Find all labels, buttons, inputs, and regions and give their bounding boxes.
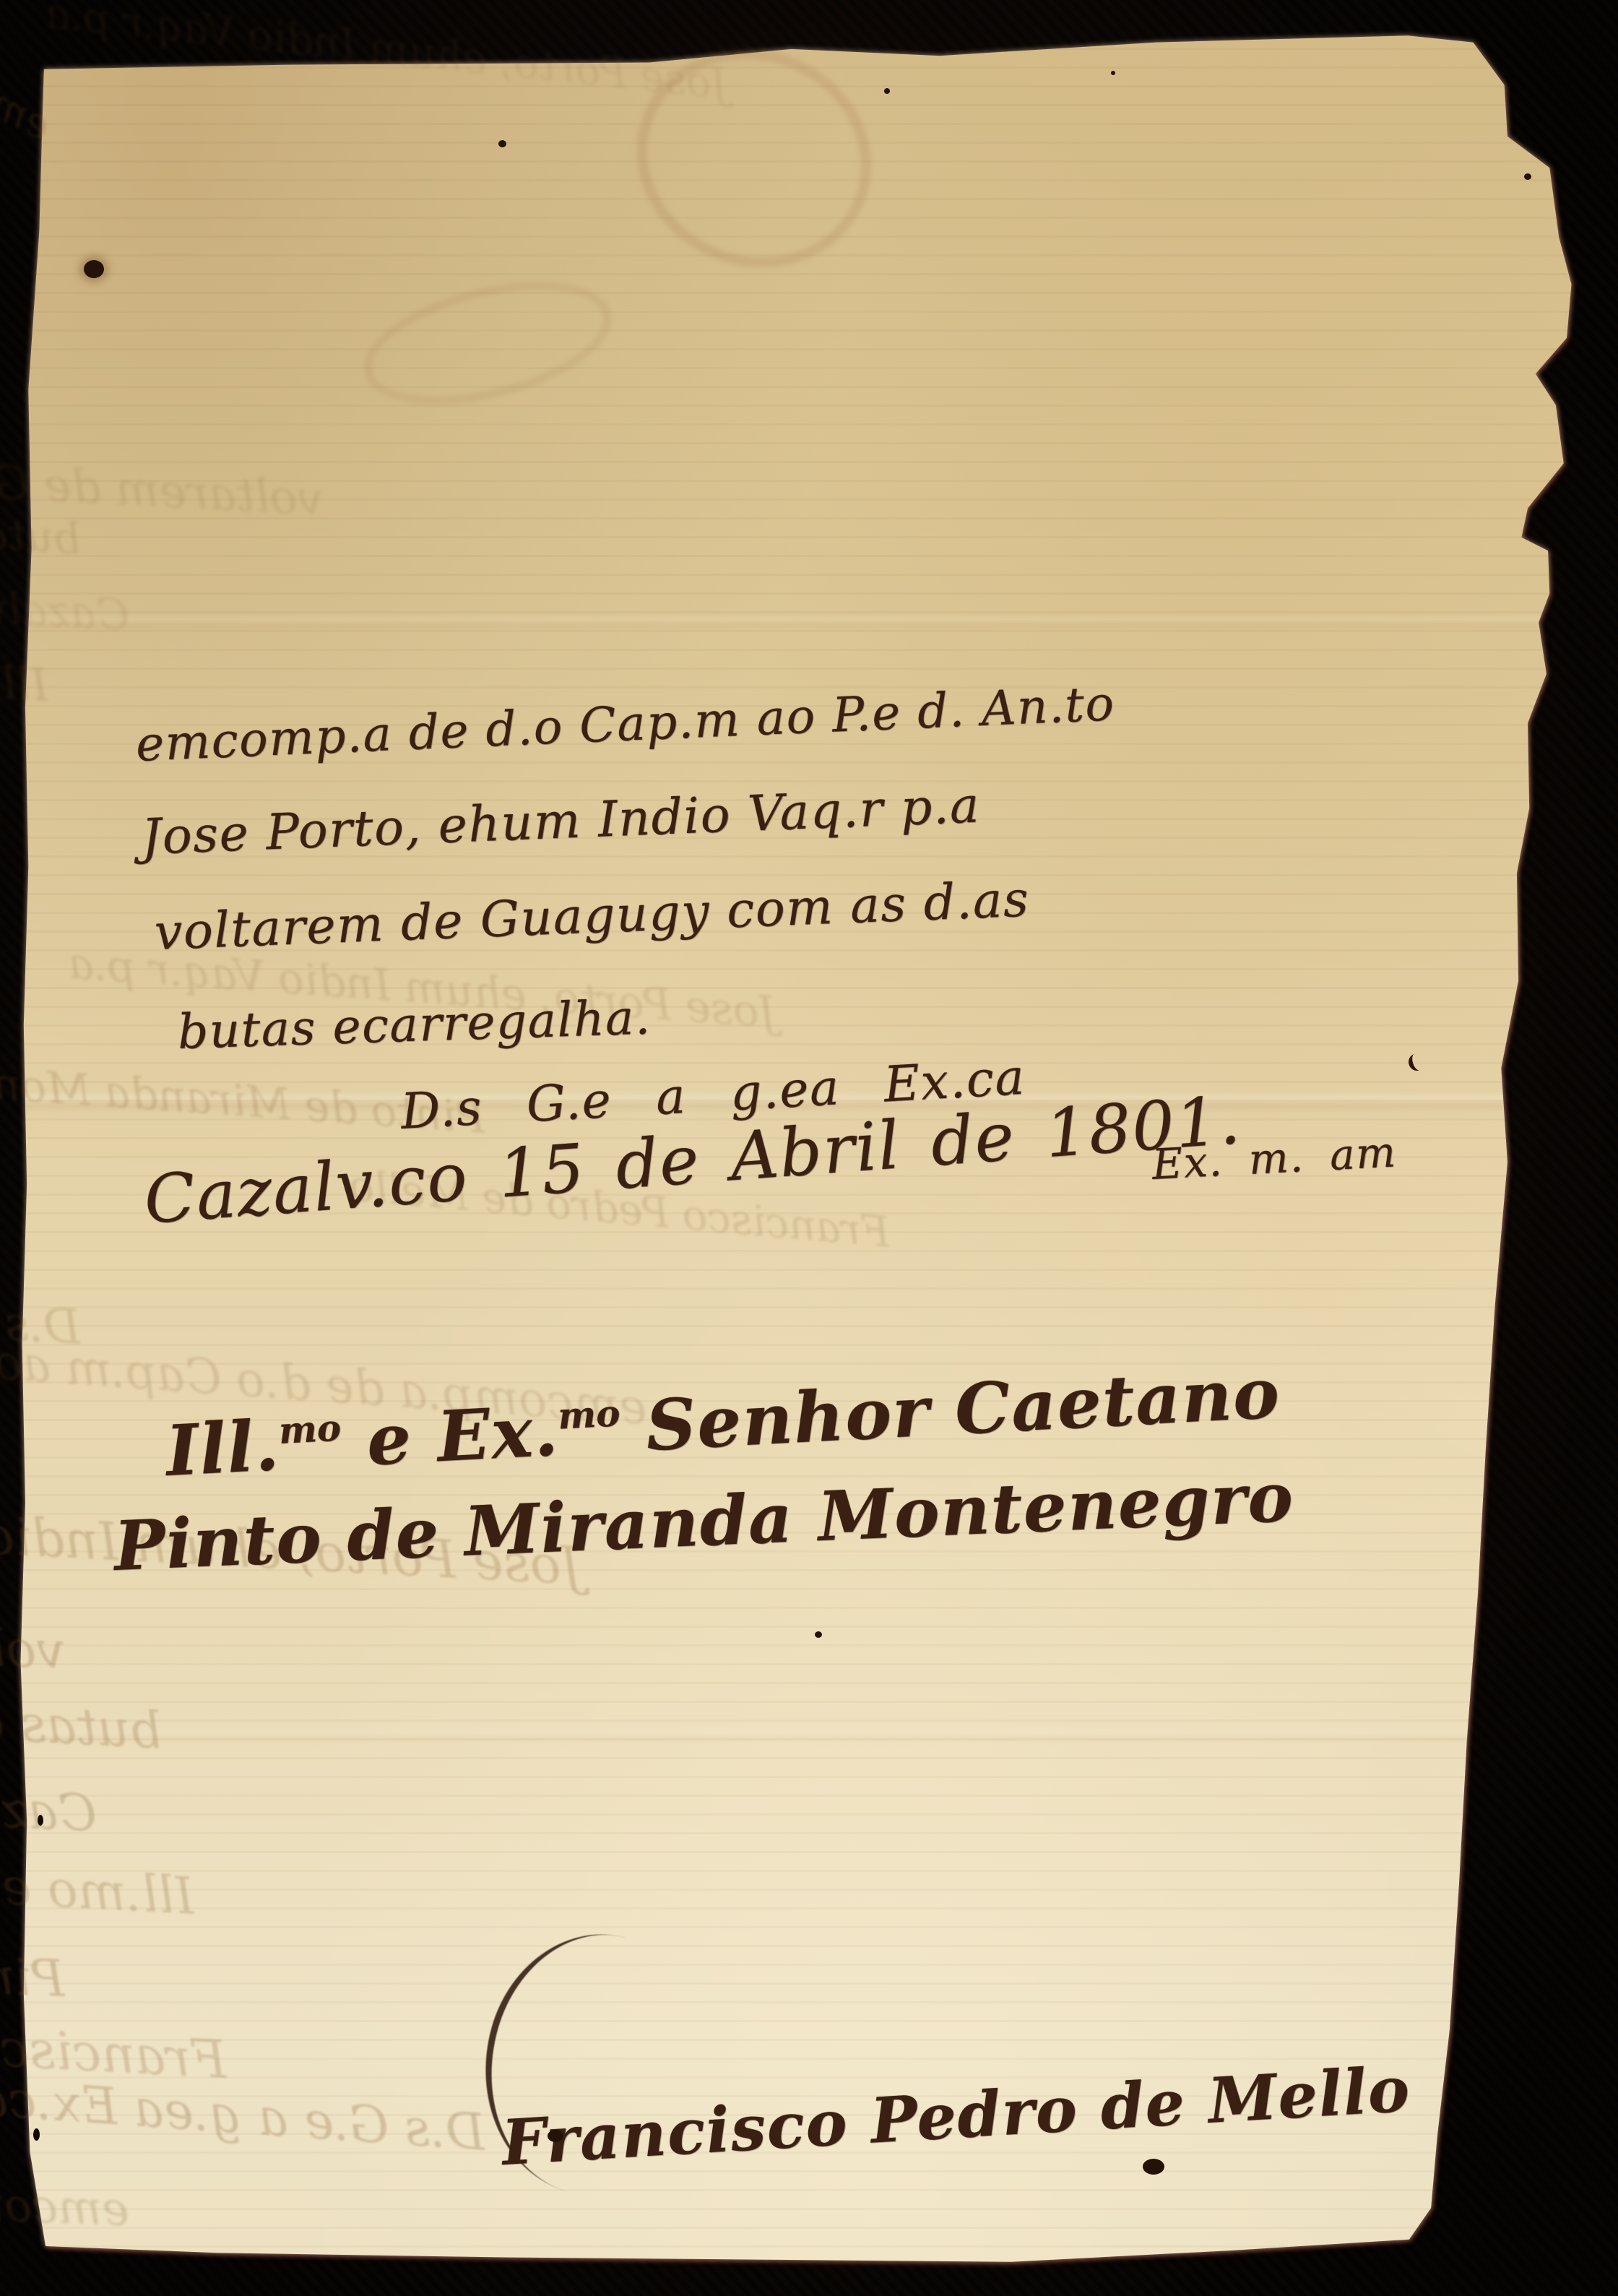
paper-crease [16,614,1576,630]
address-honorific: Ill. [164,1404,282,1492]
address-superscript-right: mo [557,1391,621,1437]
paper-crease [16,1727,1576,1744]
address-superscript-left: mo [277,1406,342,1451]
address-honorific-2: e Ex. [339,1390,561,1483]
photo-backdrop: emcomp.a de d.o Cap.m ao P.e d. An.toJos… [0,0,1618,2296]
